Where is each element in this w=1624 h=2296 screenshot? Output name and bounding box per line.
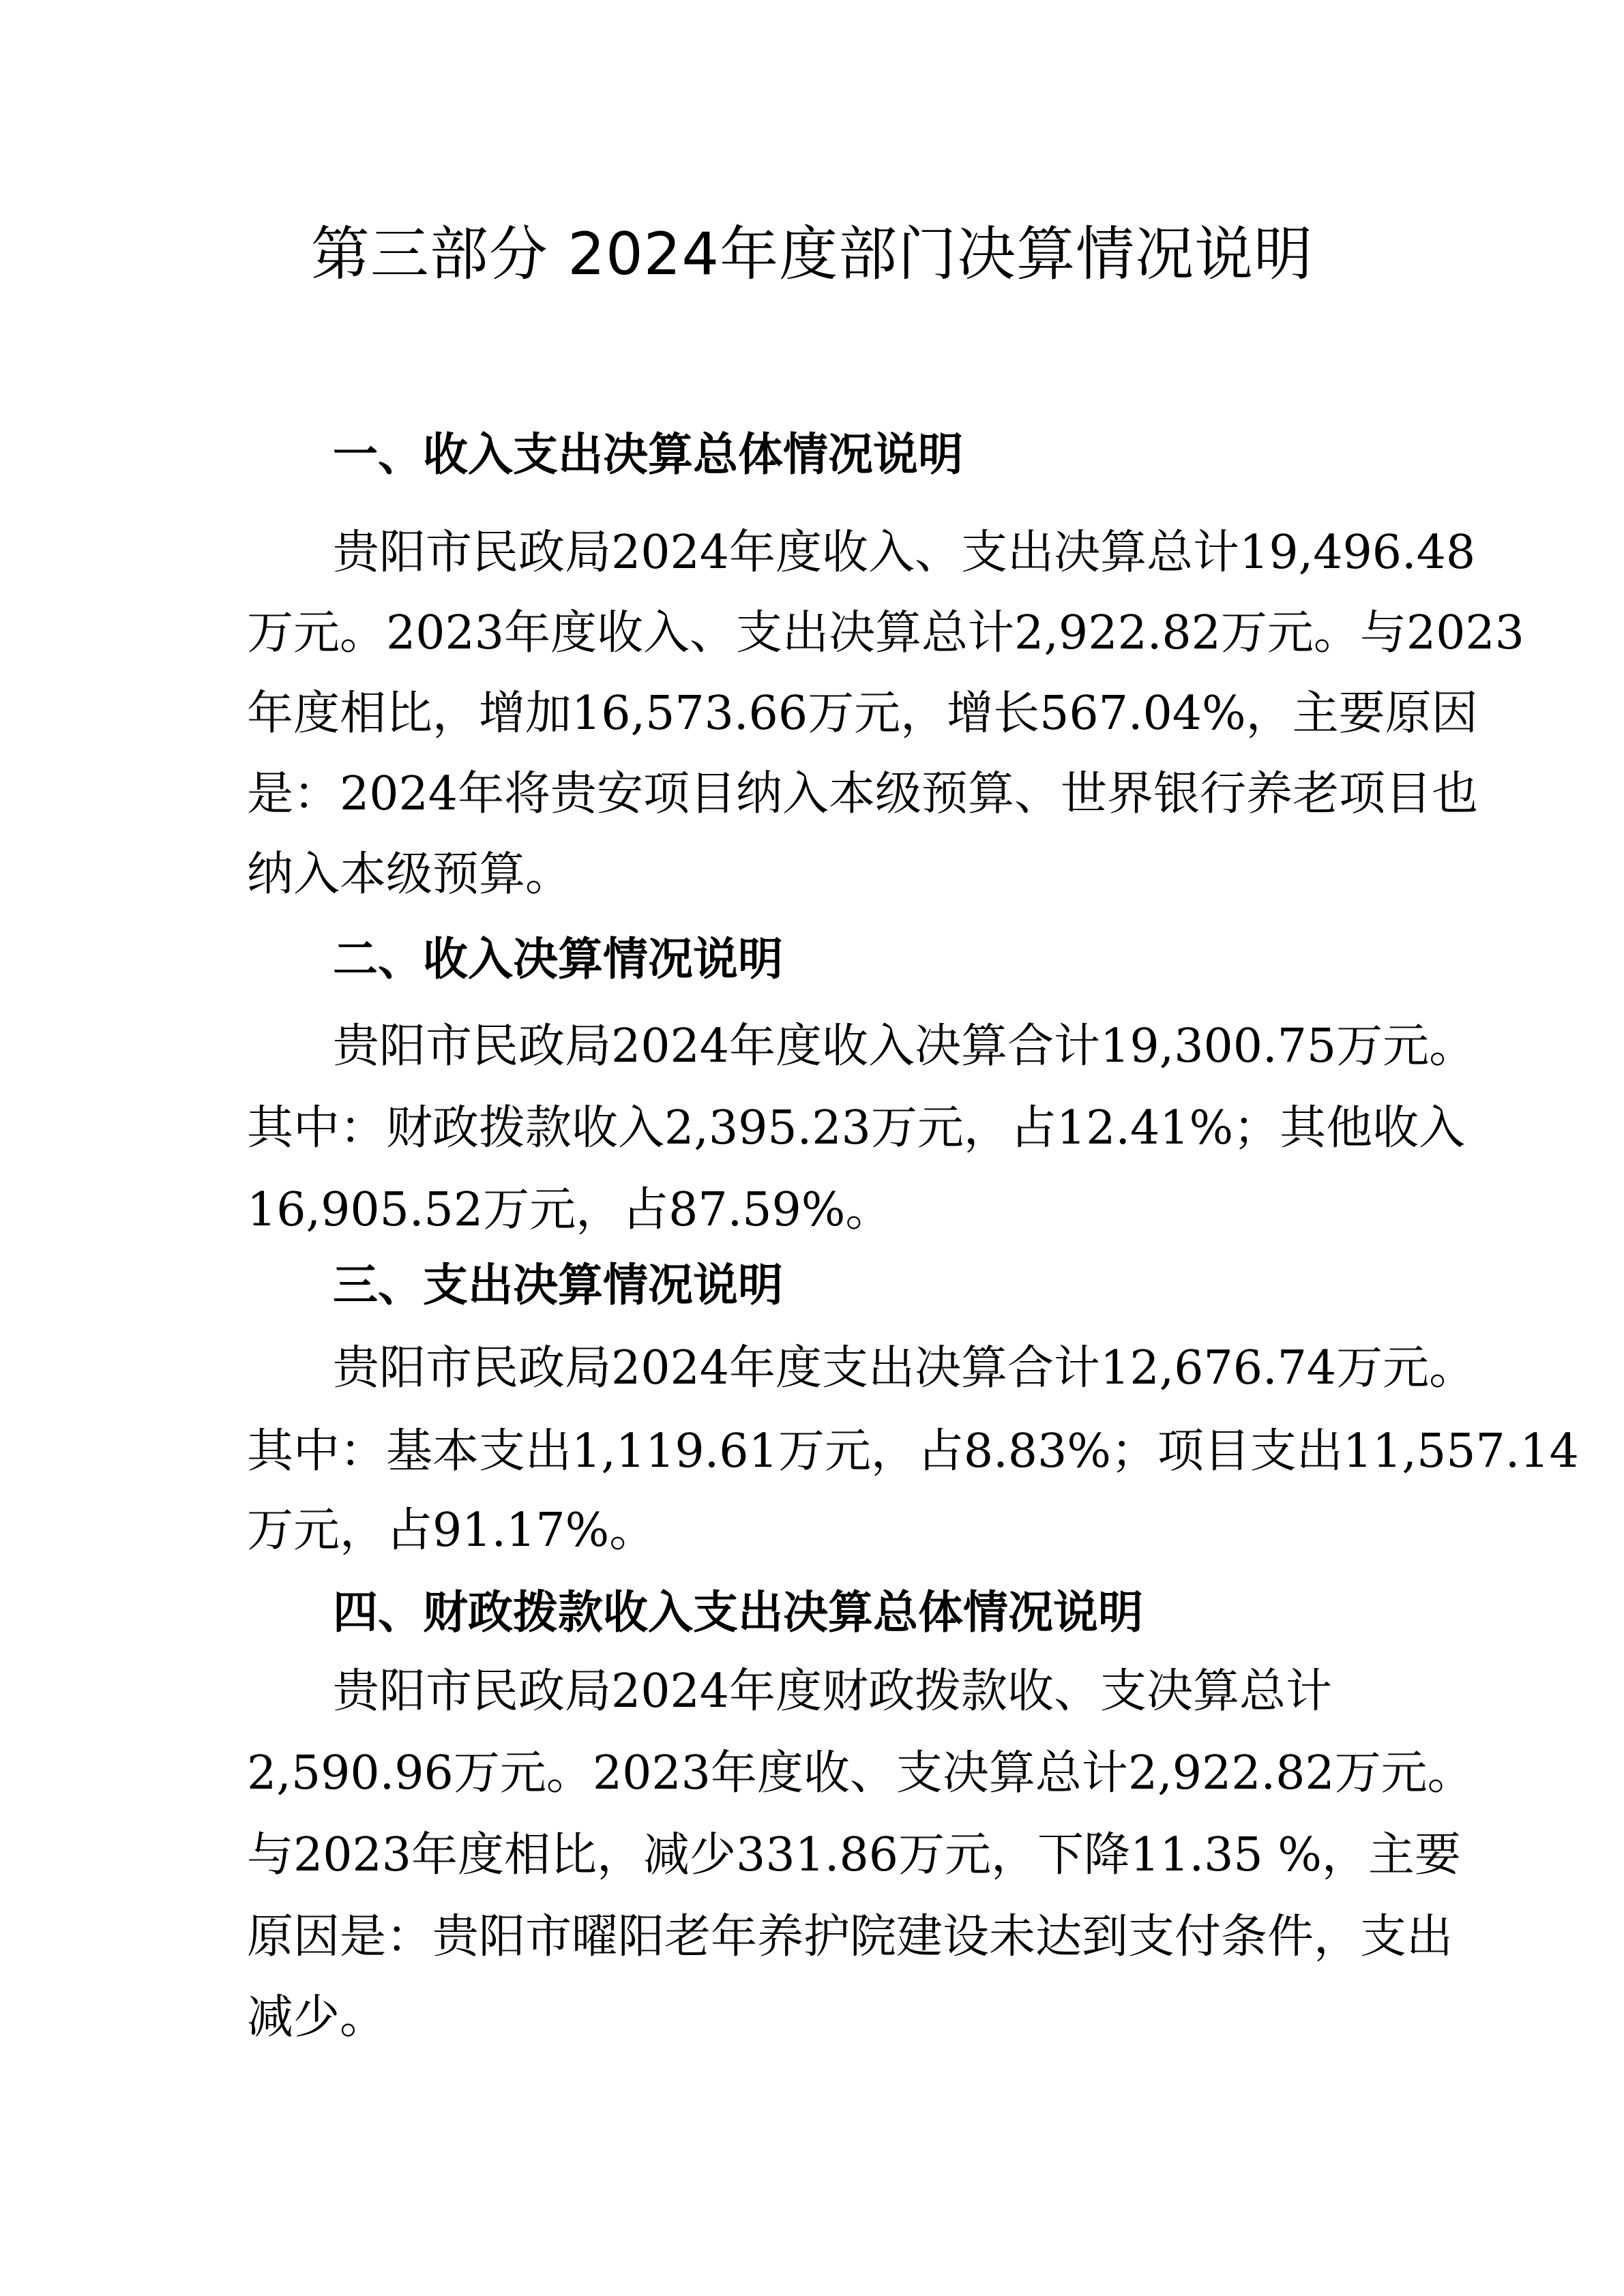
section-heading-3: 三、支出决算情况说明 [333, 1255, 783, 1316]
paragraph-line: 贵阳市民政局2024年度财政拨款收、支决算总计 [333, 1661, 1332, 1723]
paragraph-line: 贵阳市民政局2024年度收入、支出决算总计19,496.48 [333, 522, 1475, 584]
paragraph-line: 其中：基本支出1,119.61万元，占8.83%；项目支出11,557.14 [247, 1421, 1579, 1482]
paragraph-line: 年度相比，增加16,573.66万元，增长567.04%，主要原因 [247, 683, 1478, 745]
paragraph-line: 其中：财政拨款收入2,395.23万元，占12.41%；其他收入 [247, 1098, 1465, 1159]
document-page: 第三部分 2024年度部门决算情况说明 一、收入支出决算总体情况说明 贵阳市民政… [0, 0, 1624, 2296]
section-heading-1: 一、收入支出决算总体情况说明 [333, 424, 963, 486]
section-heading-4: 四、财政拨款收入支出决算总体情况说明 [333, 1582, 1143, 1643]
paragraph-line: 2,590.96万元。2023年度收、支决算总计2,922.82万元。 [247, 1743, 1474, 1804]
paragraph-line: 万元，占91.17%。 [247, 1500, 655, 1562]
paragraph-line: 万元。2023年度收入、支出决算总计2,922.82万元。与2023 [247, 603, 1524, 664]
paragraph-line: 贵阳市民政局2024年度收入决算合计19,300.75万元。 [333, 1016, 1475, 1077]
paragraph-line: 原因是：贵阳市曜阳老年养护院建设未达到支付条件，支出 [247, 1907, 1453, 1968]
paragraph-line: 减少。 [247, 1987, 386, 2048]
page-title: 第三部分 2024年度部门决算情况说明 [0, 217, 1624, 292]
paragraph-line: 16,905.52万元，占87.59%。 [247, 1180, 891, 1241]
paragraph-line: 与2023年度相比，减少331.86万元，下降11.35 %，主要 [247, 1825, 1461, 1886]
paragraph-line: 是：2024年将贵安项目纳入本级预算、世界银行养老项目也 [247, 764, 1478, 825]
paragraph-line: 贵阳市民政局2024年度支出决算合计12,676.74万元。 [333, 1338, 1475, 1399]
paragraph-line: 纳入本级预算。 [247, 844, 572, 906]
section-heading-2: 二、收入决算情况说明 [333, 929, 783, 990]
